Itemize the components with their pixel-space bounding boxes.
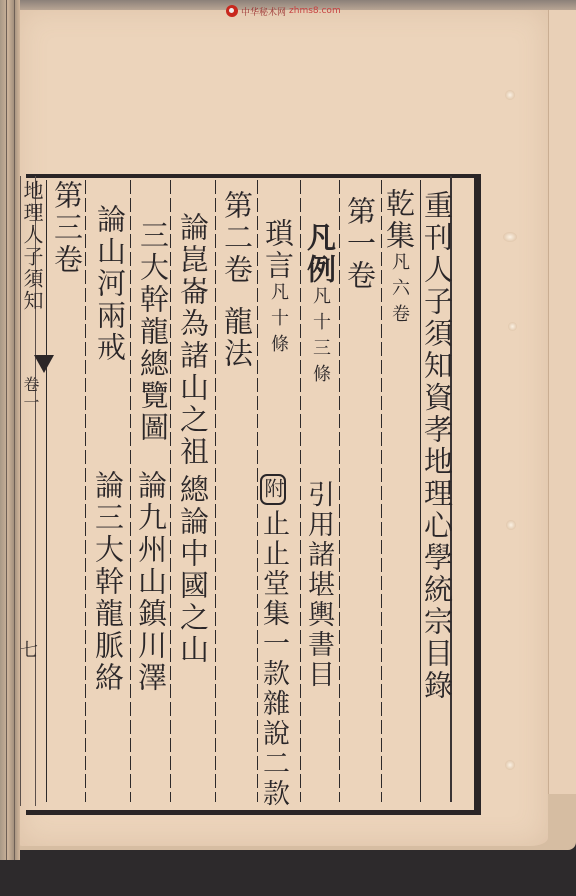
column-rule [339,180,340,802]
toc-entry: 引用諸堪輿書目 [305,480,332,690]
binding-hole [508,322,517,331]
catalog-title: 重刊人子須知資孝地理心學統宗目錄 [422,190,451,702]
watermark: 中华秘术网 zhms8.com [226,4,341,18]
column-rule [381,180,382,802]
next-page-edge [548,4,576,794]
binding-line [14,0,15,860]
fore-edge-page-number: 七 [18,640,36,660]
binding-line [6,0,7,860]
entry-note: 凡十條 [268,282,289,360]
binding-hole [505,760,515,770]
binding-edge [0,0,20,860]
column-rule [46,180,47,802]
toc-entry: 論山河兩戒 [95,204,124,364]
binding-hole [506,520,516,530]
watermark-logo-icon [226,5,238,17]
watermark-site-name: 中华秘术网 [241,5,286,18]
toc-entry: 論崑崙為諸山之祖 [178,212,207,468]
volume-3-heading: 第三卷 [52,180,81,276]
column-rule [130,180,131,802]
fore-edge-title: 地理人子須知 [22,180,42,312]
entry-note: 凡十三條 [310,286,331,390]
fish-tail-mark-icon [34,355,54,373]
volume-subtitle: 龍法 [220,306,254,370]
appendix-mark: 附 [260,474,286,505]
entry-title: 止止堂集一款雜說二款 [258,509,289,809]
toc-entry: 論三大幹龍脈絡 [93,470,122,694]
volume-heading: 第二卷 [220,190,254,286]
volume-2-heading: 第二卷龍法 [222,190,251,370]
column-rule [170,180,171,802]
set-name: 乾集 [382,188,416,252]
toc-entry: 凡例凡十三條 [305,222,334,390]
set-note: 凡六卷 [389,252,410,330]
watermark-url: zhms8.com [289,6,341,16]
toc-entry: 總論中國之山 [178,474,207,666]
column-rule [85,180,86,802]
volume-1-heading: 第一卷 [345,196,374,292]
entry-title: 凡例 [303,222,337,286]
fore-edge-section: 卷一 [22,376,38,412]
toc-entry: 論九州山鎮川澤 [136,470,165,694]
column-rule [300,180,301,802]
toc-entry: 附止止堂集一款雜說二款 [260,474,287,809]
set-heading: 乾集凡六卷 [384,188,413,330]
binding-hole [505,90,515,100]
binding-hole [503,232,517,242]
toc-entry: 三大幹龍總覽圖 [138,220,167,444]
column-rule [215,180,216,802]
toc-entry: 瑣言凡十條 [263,218,292,360]
entry-title: 瑣言 [261,218,295,282]
